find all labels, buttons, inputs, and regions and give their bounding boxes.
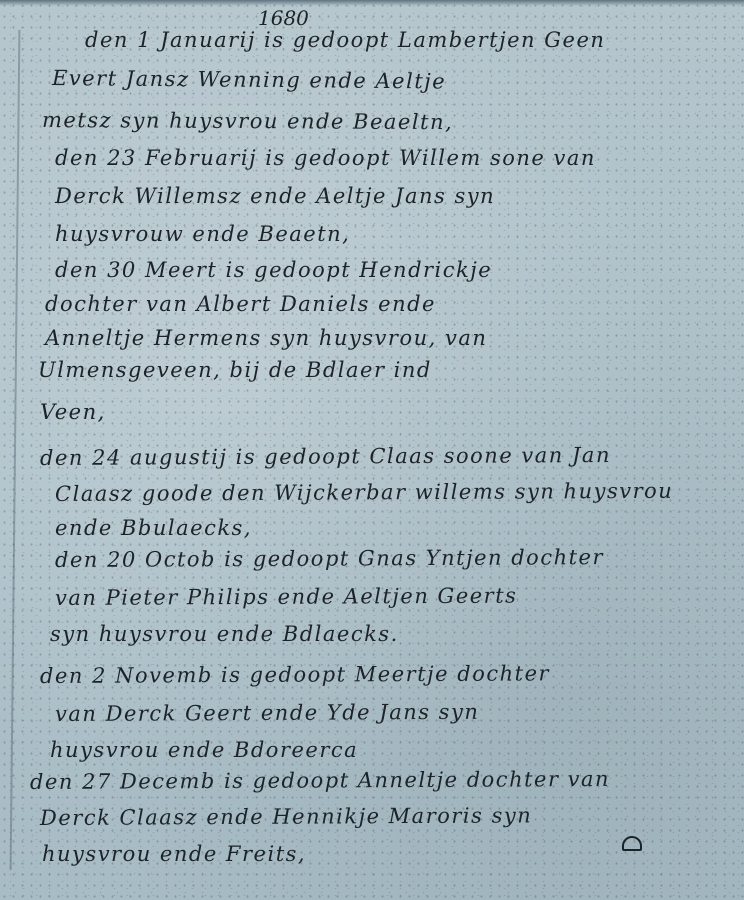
manuscript-line: den 20 Octob is gedoopt Gnas Yntjen doch… <box>55 545 604 572</box>
page-top-edge <box>0 0 744 6</box>
manuscript-line: den 23 Februarij is gedoopt Willem sone … <box>55 146 596 170</box>
manuscript-line: den 1 Januarij is gedoopt Lambertjen Gee… <box>85 28 605 52</box>
manuscript-line: huysvrouw ende Beaetn, <box>55 222 350 246</box>
manuscript-line: metsz syn huysvrou ende Beaeltn, <box>42 108 453 134</box>
manuscript-line: den 27 Decemb is gedoopt Anneltje dochte… <box>30 767 610 794</box>
manuscript-line: Ulmensgeveen, bij de Bdlaer ind <box>38 358 432 382</box>
manuscript-line: Derck Willemsz ende Aeltje Jans syn <box>55 184 495 208</box>
manuscript-line: van Pieter Philips ende Aeltjen Geerts <box>55 584 518 610</box>
manuscript-line: den 30 Meert is gedoopt Hendrickje <box>55 258 492 282</box>
manuscript-line: Derck Claasz ende Hennikje Maroris syn <box>40 803 532 830</box>
manuscript-line: ende Bbulaecks, <box>55 516 252 540</box>
manuscript-line: den 2 Novemb is gedoopt Meertje dochter <box>40 661 550 688</box>
manuscript-line: huysvrou ende Bdoreerca <box>50 738 358 762</box>
manuscript-line: den 24 augustij is gedoopt Claas soone v… <box>40 443 611 470</box>
manuscript-line: Anneltje Hermens syn huysvrou, van <box>45 326 487 350</box>
manuscript-line: Evert Jansz Wenning ende Aeltje <box>52 66 446 93</box>
page-year: 1680 <box>258 6 309 30</box>
manuscript-line: dochter van Albert Daniels ende <box>45 292 436 316</box>
manuscript-line: Claasz goode den Wijckerbar willems syn … <box>55 479 673 506</box>
manuscript-line: van Derck Geert ende Yde Jans syn <box>55 700 479 726</box>
manuscript-line: syn huysvrou ende Bdlaecks. <box>50 622 399 646</box>
end-mark-icon <box>622 836 642 851</box>
manuscript-page: 1680 den 1 Januarij is gedoopt Lambertje… <box>0 0 744 900</box>
manuscript-line: Veen, <box>40 400 106 424</box>
manuscript-line: huysvrou ende Freits, <box>42 842 306 866</box>
